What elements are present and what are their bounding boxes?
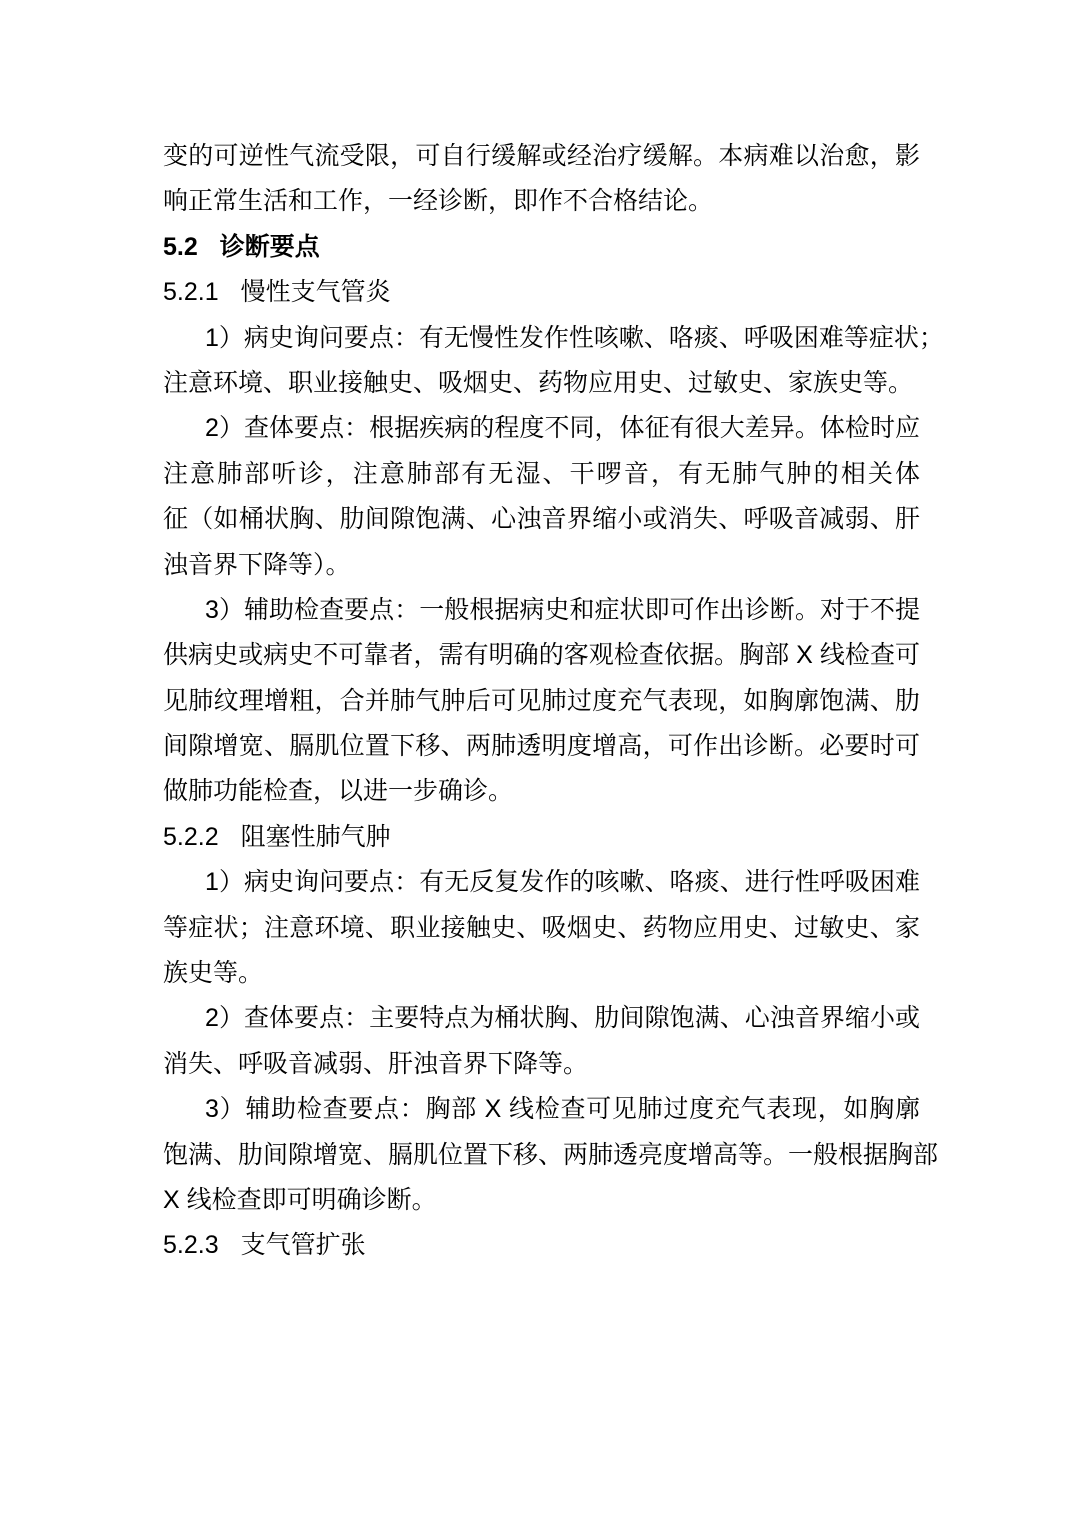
text-line: 注意肺部听诊，注意肺部有无湿、干啰音，有无肺气肿的相关体 — [163, 452, 920, 497]
section-heading: 5.2.1慢性支气管炎 — [163, 270, 920, 315]
subheading-line: 5.2.1慢性支气管炎 — [163, 270, 920, 315]
heading-line: 5.2诊断要点 — [163, 225, 920, 270]
heading-title: 诊断要点 — [220, 233, 320, 261]
paragraph: 1）病史询问要点：有无慢性发作性咳嗽、咯痰、呼吸困难等症状；注意环境、职业接触史… — [163, 316, 920, 407]
text-line: 响正常生活和工作，一经诊断，即作不合格结论。 — [163, 179, 920, 224]
document-page: 变的可逆性气流受限，可自行缓解或经治疗缓解。本病难以治愈，影响正常生活和工作，一… — [0, 0, 1080, 1527]
heading-title: 慢性支气管炎 — [241, 278, 391, 306]
heading-title: 阻塞性肺气肿 — [241, 823, 391, 851]
paragraph: 变的可逆性气流受限，可自行缓解或经治疗缓解。本病难以治愈，影响正常生活和工作，一… — [163, 134, 920, 225]
section-heading: 5.2诊断要点 — [163, 225, 920, 270]
text-line: 族史等。 — [163, 951, 920, 996]
section-heading: 5.2.2阻塞性肺气肿 — [163, 815, 920, 860]
paragraph: 3）辅助检查要点：一般根据病史和症状即可作出诊断。对于不提供病史或病史不可靠者，… — [163, 588, 920, 815]
text-line: X 线检查即可明确诊断。 — [163, 1178, 920, 1223]
paragraph: 2）查体要点：根据疾病的程度不同，体征有很大差异。体检时应注意肺部听诊，注意肺部… — [163, 406, 920, 588]
text-line: 饱满、肋间隙增宽、膈肌位置下移、两肺透亮度增高等。一般根据胸部 — [163, 1133, 920, 1178]
text-line: 见肺纹理增粗，合并肺气肿后可见肺过度充气表现，如胸廓饱满、肋 — [163, 679, 920, 724]
text-line: 做肺功能检查，以进一步确诊。 — [163, 769, 920, 814]
subheading-line: 5.2.2阻塞性肺气肿 — [163, 815, 920, 860]
paragraph: 2）查体要点：主要特点为桶状胸、肋间隙饱满、心浊音界缩小或消失、呼吸音减弱、肝浊… — [163, 996, 920, 1087]
text-line: 3）辅助检查要点：一般根据病史和症状即可作出诊断。对于不提 — [163, 588, 920, 633]
heading-number: 5.2.2 — [163, 823, 219, 851]
text-line: 1）病史询问要点：有无反复发作的咳嗽、咯痰、进行性呼吸困难 — [163, 860, 920, 905]
subheading-line: 5.2.3支气管扩张 — [163, 1223, 920, 1268]
text-line: 2）查体要点：根据疾病的程度不同，体征有很大差异。体检时应 — [163, 406, 920, 451]
heading-number: 5.2.1 — [163, 278, 219, 306]
text-line: 3）辅助检查要点：胸部 X 线检查可见肺过度充气表现，如胸廓 — [163, 1087, 920, 1132]
text-line: 浊音界下降等）。 — [163, 543, 920, 588]
text-line: 2）查体要点：主要特点为桶状胸、肋间隙饱满、心浊音界缩小或 — [163, 996, 920, 1041]
text-line: 等症状；注意环境、职业接触史、吸烟史、药物应用史、过敏史、家 — [163, 906, 920, 951]
text-line: 供病史或病史不可靠者，需有明确的客观检查依据。胸部 X 线检查可 — [163, 633, 920, 678]
heading-number: 5.2.3 — [163, 1231, 219, 1259]
section-heading: 5.2.3支气管扩张 — [163, 1223, 920, 1268]
document-body: 变的可逆性气流受限，可自行缓解或经治疗缓解。本病难以治愈，影响正常生活和工作，一… — [163, 134, 920, 1269]
text-line: 1）病史询问要点：有无慢性发作性咳嗽、咯痰、呼吸困难等症状； — [163, 316, 920, 361]
text-line: 征（如桶状胸、肋间隙饱满、心浊音界缩小或消失、呼吸音减弱、肝 — [163, 497, 920, 542]
heading-number: 5.2 — [163, 233, 198, 261]
text-line: 间隙增宽、膈肌位置下移、两肺透明度增高，可作出诊断。必要时可 — [163, 724, 920, 769]
paragraph: 1）病史询问要点：有无反复发作的咳嗽、咯痰、进行性呼吸困难等症状；注意环境、职业… — [163, 860, 920, 996]
text-line: 注意环境、职业接触史、吸烟史、药物应用史、过敏史、家族史等。 — [163, 361, 920, 406]
text-line: 消失、呼吸音减弱、肝浊音界下降等。 — [163, 1042, 920, 1087]
heading-title: 支气管扩张 — [241, 1231, 366, 1259]
text-line: 变的可逆性气流受限，可自行缓解或经治疗缓解。本病难以治愈，影 — [163, 134, 920, 179]
paragraph: 3）辅助检查要点：胸部 X 线检查可见肺过度充气表现，如胸廓饱满、肋间隙增宽、膈… — [163, 1087, 920, 1223]
